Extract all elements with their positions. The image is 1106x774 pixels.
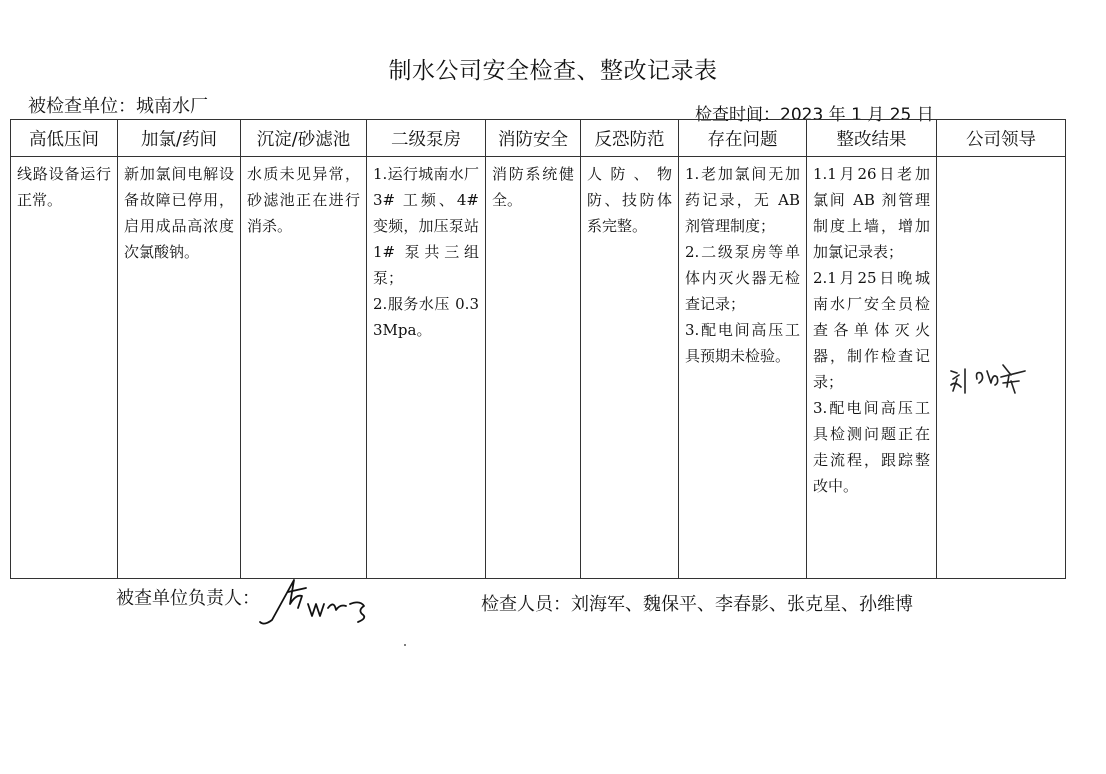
cell-issues: 1.老加氯间无加药记录，无 AB 剂管理制度； 2.二级泵房等单体内灭火器无检查… — [679, 157, 807, 579]
header-rectification: 整改结果 — [807, 120, 937, 157]
document-title: 制水公司安全检查、整改记录表 — [0, 52, 1106, 85]
cell-hv-lv-room: 线路设备运行正常。 — [11, 157, 118, 579]
responsible-person: 被查单位负责人： — [116, 584, 260, 610]
header-sedimentation-filter: 沉淀/砂滤池 — [241, 120, 367, 157]
cell-rectification: 1.1月26日老加氯间 AB 剂管理制度上墙，增加加氯记录表； 2.1月25日晚… — [807, 157, 937, 579]
leader-signature-icon — [945, 357, 1045, 417]
cell-fire-safety: 消防系统健全。 — [486, 157, 581, 579]
inspected-unit: 被检查单位：城南水厂 — [28, 92, 208, 118]
cell-secondary-pump-room: 1.运行城南水厂 3# 工频、4#变频，加压泵站 1# 泵共三组泵； 2.服务水… — [367, 157, 486, 579]
header-secondary-pump-room: 二级泵房 — [367, 120, 486, 157]
inspection-record-table: 高低压间 加氯/药间 沉淀/砂滤池 二级泵房 消防安全 反恐防范 存在问题 整改… — [10, 119, 1066, 579]
header-row: 高低压间 加氯/药间 沉淀/砂滤池 二级泵房 消防安全 反恐防范 存在问题 整改… — [11, 120, 1066, 157]
header-hv-lv-room: 高低压间 — [11, 120, 118, 157]
inspected-unit-value: 城南水厂 — [136, 96, 208, 117]
header-anti-terrorism: 反恐防范 — [581, 120, 679, 157]
inspectors-names: 刘海军、魏保平、李春影、张克星、孙维博 — [571, 594, 913, 615]
header-issues: 存在问题 — [679, 120, 807, 157]
inspectors-label: 检查人员： — [481, 594, 571, 615]
header-chlorine-room: 加氯/药间 — [118, 120, 241, 157]
cell-company-leader — [937, 157, 1066, 579]
responsible-signature-icon — [250, 574, 390, 634]
responsible-person-label: 被查单位负责人： — [116, 588, 260, 609]
scan-speck — [404, 644, 406, 646]
table-row: 线路设备运行正常。 新加氯间电解设备故障已停用，启用成品高浓度次氯酸钠。 水质未… — [11, 157, 1066, 579]
header-company-leader: 公司领导 — [937, 120, 1066, 157]
cell-chlorine-room: 新加氯间电解设备故障已停用，启用成品高浓度次氯酸钠。 — [118, 157, 241, 579]
cell-sedimentation-filter: 水质未见异常，砂滤池正在进行消杀。 — [241, 157, 367, 579]
inspectors: 检查人员：刘海军、魏保平、李春影、张克星、孙维博 — [481, 590, 913, 616]
inspected-unit-label: 被检查单位： — [28, 96, 136, 117]
cell-anti-terrorism: 人防、物防、技防体系完整。 — [581, 157, 679, 579]
header-fire-safety: 消防安全 — [486, 120, 581, 157]
